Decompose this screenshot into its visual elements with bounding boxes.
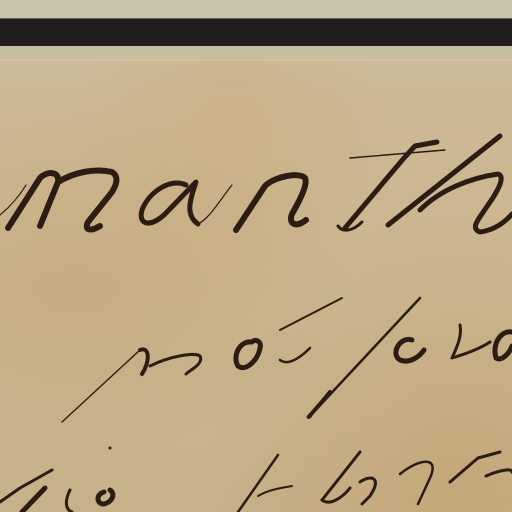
handwriting-ink <box>0 0 512 512</box>
line-1-handwriting <box>0 136 512 232</box>
line-3-handwriting <box>0 447 512 512</box>
line-2-handwriting <box>62 298 512 422</box>
